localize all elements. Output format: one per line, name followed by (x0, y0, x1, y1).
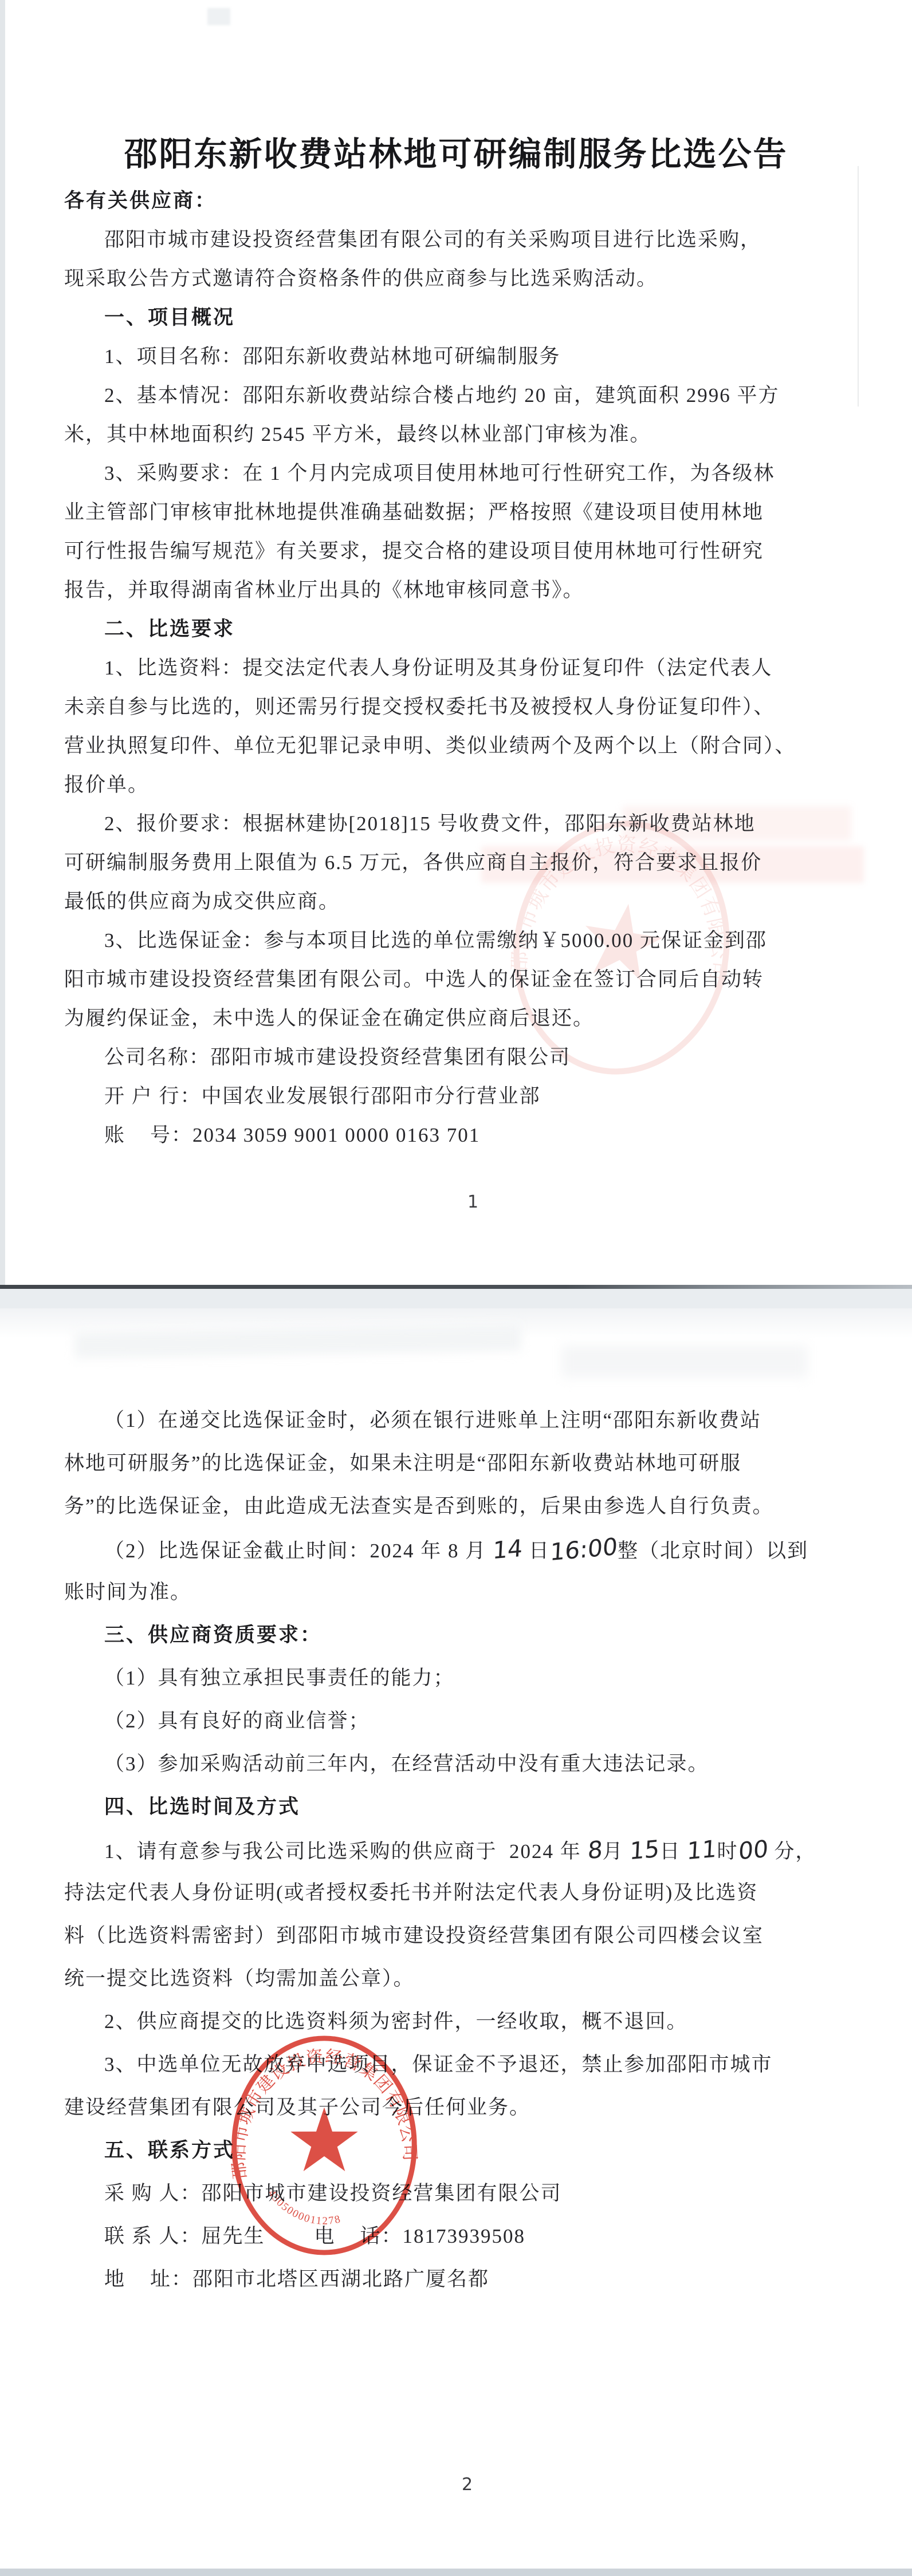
text-line: 为履约保证金，未中选人的保证金在确定供应商后退还。 (64, 1007, 594, 1031)
printed-text: 料（比选资料需密封）到邵阳市城市建设投资经营集团有限公司四楼会议室 (64, 1924, 764, 1947)
text-line: 料（比选资料需密封）到邵阳市城市建设投资经营集团有限公司四楼会议室 (64, 1924, 764, 1948)
text-line: 最低的供应商为成交供应商。 (64, 890, 340, 914)
handwritten-text: 15 (629, 1837, 660, 1864)
text-line: 二、比选要求 (104, 617, 235, 641)
printed-text: 2、报价要求：根据林建协[2018]15 号收费文件，邵阳东新收费站林地 (104, 812, 756, 835)
official-seal: 邵阳市城市建设投资经营集团有限公司 4305000011278 (227, 2031, 422, 2259)
printed-text: 现采取公告方式邀请符合资格条件的供应商参与比选采购活动。 (64, 267, 658, 290)
printed-text: 2、基本情况：邵阳东新收费站综合楼占地约 20 亩，建筑面积 2996 平方 (104, 384, 780, 407)
printed-text: （3）参加采购活动前三年内，在经营活动中没有重大违法记录。 (104, 1753, 709, 1775)
text-line: 可行性报告编写规范》有关要求，提交合格的建设项目使用林地可行性研究 (64, 539, 764, 563)
printed-text: 可研编制服务费用上限值为 6.5 万元，各供应商自主报价，符合要求且报价 (64, 851, 762, 874)
text-line: 1、请有意参与我公司比选采购的供应商于 2024 年 8月 15日 11时00 … (104, 1838, 816, 1864)
printed-text: 整（北京时间）以到 (618, 1540, 808, 1562)
printed-text: 账 号：2034 3059 9001 0000 0163 701 (104, 1124, 480, 1146)
printed-text: 地 址：邵阳市北塔区西湖北路广厦名都 (104, 2268, 489, 2290)
text-line: 未亲自参与比选的，则还需另行提交授权委托书及被授权人身份证复印件）、 (64, 695, 775, 719)
printed-text: （2）具有良好的商业信誉； (104, 1710, 370, 1732)
printed-text: 为履约保证金，未中选人的保证金在确定供应商后退还。 (64, 1007, 594, 1029)
handwritten-text: 11 (686, 1837, 717, 1864)
text-line: （2）具有良好的商业信誉； (104, 1709, 370, 1733)
printed-text: （1）在递交比选保证金时，必须在银行进账单上注明“邵阳东新收费站 (104, 1409, 761, 1431)
printed-text: 公司名称：邵阳市城市建设投资经营集团有限公司 (104, 1046, 571, 1068)
text-line: 米，其中林地面积约 2545 平方米，最终以林业部门审核为准。 (64, 423, 651, 447)
text-line: 3、采购要求：在 1 个月内完成项目使用林地可行性研究工作，为各级林 (104, 461, 775, 486)
printed-text: 分， (768, 1840, 817, 1863)
text-line: 报告，并取得湖南省林业厅出具的《林地审核同意书》。 (64, 578, 584, 602)
text-line: 阳市城市建设投资经营集团有限公司。中选人的保证金在签订合同后自动转 (64, 968, 764, 992)
text-line: 公司名称：邵阳市城市建设投资经营集团有限公司 (104, 1046, 571, 1070)
text-line: 统一提交比选资料（均需加盖公章）。 (64, 1967, 415, 1991)
page-break-shadow (0, 1285, 912, 1289)
printed-text: 3、比选保证金：参与本项目比选的单位需缴纳￥5000.00 元保证金到邵 (104, 929, 767, 952)
printed-text: 日 (660, 1840, 687, 1863)
text-line: 2、基本情况：邵阳东新收费站综合楼占地约 20 亩，建筑面积 2996 平方 (104, 384, 780, 408)
text-line: 2、报价要求：根据林建协[2018]15 号收费文件，邵阳东新收费站林地 (104, 812, 756, 836)
seal-code-text: 4305000011278 (265, 2188, 342, 2227)
text-line: 1、比选资料：提交法定代表人身份证明及其身份证复印件（法定代表人 (104, 656, 773, 680)
text-line: （2）比选保证金截止时间：2024 年 8 月 14 日16:00整（北京时间）… (104, 1537, 808, 1563)
scanned-notice-document: { "document": { "title": "邵阳东新收费站林地可研编制服… (0, 0, 912, 2576)
text-line: 3、比选保证金：参与本项目比选的单位需缴纳￥5000.00 元保证金到邵 (104, 929, 767, 953)
printed-text: 3、中选单位无故放弃中选项目，保证金不予退还，禁止参加邵阳市城市 (104, 2053, 773, 2076)
text-line: 四、比选时间及方式 (104, 1795, 300, 1819)
printed-text: 月 (603, 1840, 630, 1863)
handwritten-text: 14 (492, 1536, 523, 1563)
printed-text: 3、采购要求：在 1 个月内完成项目使用林地可行性研究工作，为各级林 (104, 462, 775, 484)
printed-text: 营业执照复印件、单位无犯罪记录申明、类似业绩两个及两个以上（附合同）、 (64, 735, 796, 757)
text-line: 3、中选单位无故放弃中选项目，保证金不予退还，禁止参加邵阳市城市 (104, 2053, 773, 2077)
text-line: 五、联系方式 (104, 2139, 235, 2163)
printed-text: （1）具有独立承担民事责任的能力； (104, 1667, 455, 1689)
text-line: 账 号：2034 3059 9001 0000 0163 701 (104, 1123, 480, 1147)
text-line: 林地可研服务”的比选保证金，如果未注明是“邵阳东新收费站林地可研服 (64, 1451, 741, 1476)
printed-text: 业主管部门审核审批林地提供准确基础数据；严格按照《建设项目使用林地 (64, 501, 764, 523)
printed-text: 1、请有意参与我公司比选采购的供应商于 2024 年 (104, 1840, 588, 1863)
text-line: 开 户 行：中国农业发展银行邵阳市分行营业部 (104, 1084, 541, 1108)
printed-text: （2）比选保证金截止时间：2024 年 8 月 (104, 1540, 493, 1562)
scan-artifact (207, 8, 230, 25)
text-line: （3）参加采购活动前三年内，在经营活动中没有重大违法记录。 (104, 1752, 709, 1776)
scan-artifact (561, 1346, 808, 1378)
text-line: 地 址：邵阳市北塔区西湖北路广厦名都 (104, 2267, 489, 2291)
handwritten-text: 8 (587, 1837, 603, 1863)
printed-text: 1、项目名称：邵阳东新收费站林地可研编制服务 (104, 345, 561, 368)
page-title: 邵阳东新收费站林地可研编制服务比选公告 (0, 127, 912, 175)
printed-text: 各有关供应商： (64, 190, 217, 212)
page-number: 2 (462, 2475, 473, 2495)
printed-text: 报告，并取得湖南省林业厅出具的《林地审核同意书》。 (64, 579, 584, 601)
scan-edge-bottom (0, 2569, 912, 2576)
printed-text: 未亲自参与比选的，则还需另行提交授权委托书及被授权人身份证复印件）、 (64, 696, 775, 718)
text-line: 营业执照复印件、单位无犯罪记录申明、类似业绩两个及两个以上（附合同）、 (64, 734, 796, 758)
text-line: 账时间为准。 (64, 1580, 191, 1604)
text-line: （1）在递交比选保证金时，必须在银行进账单上注明“邵阳东新收费站 (104, 1409, 761, 1433)
printed-text: 米，其中林地面积约 2545 平方米，最终以林业部门审核为准。 (64, 423, 651, 445)
printed-text: 持法定代表人身份证明(或者授权委托书并附法定代表人身份证明)及比选资 (64, 1881, 758, 1904)
page-number: 1 (467, 1192, 478, 1212)
text-line: （1）具有独立承担民事责任的能力； (104, 1666, 455, 1690)
text-line: 报价单。 (64, 773, 149, 797)
printed-text: 开 户 行：中国农业发展银行邵阳市分行营业部 (104, 1085, 541, 1107)
printed-text: 二、比选要求 (104, 618, 235, 641)
text-line: 1、项目名称：邵阳东新收费站林地可研编制服务 (104, 345, 561, 369)
text-line: 一、项目概况 (104, 306, 235, 330)
printed-text: 三、供应商资质要求： (104, 1624, 322, 1647)
printed-text: 务”的比选保证金，由此造成无法查实是否到账的，后果由参选人自行负责。 (64, 1495, 774, 1517)
text-line: 务”的比选保证金，由此造成无法查实是否到账的，后果由参选人自行负责。 (64, 1494, 774, 1518)
handwritten-text: 00 (737, 1837, 768, 1864)
text-line: 持法定代表人身份证明(或者授权委托书并附法定代表人身份证明)及比选资 (64, 1881, 758, 1905)
printed-text: 最低的供应商为成交供应商。 (64, 890, 340, 913)
printed-text: 阳市城市建设投资经营集团有限公司。中选人的保证金在签订合同后自动转 (64, 968, 764, 991)
scan-edge-left (0, 0, 5, 1286)
handwritten-text: 16:00 (549, 1534, 618, 1565)
scan-artifact (858, 166, 859, 407)
printed-text: 1、比选资料：提交法定代表人身份证明及其身份证复印件（法定代表人 (104, 657, 773, 679)
star-icon (290, 2107, 357, 2171)
printed-text: 统一提交比选资料（均需加盖公章）。 (64, 1967, 415, 1990)
printed-text: 林地可研服务”的比选保证金，如果未注明是“邵阳东新收费站林地可研服 (64, 1452, 741, 1474)
text-line: 现采取公告方式邀请符合资格条件的供应商参与比选采购活动。 (64, 267, 658, 291)
printed-text: 可行性报告编写规范》有关要求，提交合格的建设项目使用林地可行性研究 (64, 540, 764, 562)
printed-text: 日 (522, 1540, 550, 1562)
printed-text: 五、联系方式 (104, 2139, 235, 2162)
text-line: 三、供应商资质要求： (104, 1623, 322, 1647)
page-break-band (0, 1289, 912, 1308)
printed-text: 报价单。 (64, 774, 149, 796)
text-line: 2、供应商提交的比选资料须为密封件，一经收取，概不退回。 (104, 2010, 688, 2034)
text-line: 可研编制服务费用上限值为 6.5 万元，各供应商自主报价，符合要求且报价 (64, 851, 762, 875)
text-line: 各有关供应商： (64, 189, 217, 213)
text-line: 业主管部门审核审批林地提供准确基础数据；严格按照《建设项目使用林地 (64, 500, 764, 524)
text-line: 邵阳市城市建设投资经营集团有限公司的有关采购项目进行比选采购， (104, 228, 761, 252)
printed-text: 账时间为准。 (64, 1581, 191, 1603)
printed-text: 时 (717, 1840, 738, 1863)
printed-text: 四、比选时间及方式 (104, 1796, 300, 1818)
printed-text: 一、项目概况 (104, 306, 235, 329)
printed-text: 2、供应商提交的比选资料须为密封件，一经收取，概不退回。 (104, 2010, 688, 2033)
printed-text: 邵阳市城市建设投资经营集团有限公司的有关采购项目进行比选采购， (104, 228, 761, 251)
